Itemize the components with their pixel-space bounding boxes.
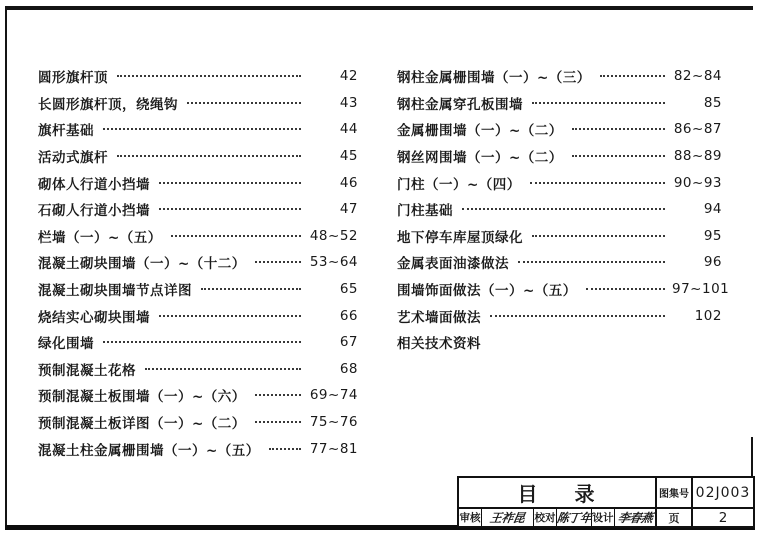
toc-entry-pages: 90~93: [672, 175, 722, 191]
toc-entry-title: 栏墙（一）~（五）: [38, 226, 162, 246]
toc-entry-pages: 77~81: [308, 441, 358, 457]
dot-leader: [255, 261, 301, 263]
toc-entry-pages: 53~64: [308, 254, 358, 270]
dot-leader: [171, 235, 301, 237]
atlas-number: 02J003: [693, 478, 753, 507]
toc-entry-title: 艺术墙面做法: [397, 306, 481, 326]
designer-signature: 李春燕: [615, 509, 657, 526]
dot-leader: [572, 128, 665, 130]
toc-entry: 钢柱金属栅围墙（一）~（三）82~84: [397, 63, 722, 90]
dot-leader: [117, 75, 301, 77]
toc-entry: 混凝土柱金属栅围墙（一）~（五）77~81: [38, 435, 358, 462]
toc-entry-pages: 94: [672, 201, 722, 217]
toc-entry: 相关技术资料: [397, 329, 722, 356]
toc-entry: 砌体人行道小挡墙46: [38, 169, 358, 196]
toc-entry-title: 砌体人行道小挡墙: [38, 173, 150, 193]
dot-leader: [255, 421, 301, 423]
toc-entry: 烧结实心砌块围墙66: [38, 302, 358, 329]
doc-title: 目 录: [459, 478, 657, 507]
toc-entry: 圆形旗杆顶42: [38, 63, 358, 90]
dot-leader: [159, 182, 301, 184]
reviewer-signature: 王祚昆: [482, 509, 534, 526]
checker-signature-text: 陈丁年: [556, 509, 593, 526]
toc-entry-title: 活动式旗杆: [38, 146, 108, 166]
dot-leader: [490, 315, 665, 317]
toc-entry-pages: 48~52: [308, 228, 358, 244]
atlas-number-label: 图集号: [657, 478, 693, 507]
toc-entry-title: 烧结实心砌块围墙: [38, 306, 150, 326]
toc-column-right: 钢柱金属栅围墙（一）~（三）82~84钢柱金属穿孔板围墙85金属栅围墙（一）~（…: [397, 63, 722, 356]
toc-entry-title: 钢丝网围墙（一）~（二）: [397, 146, 563, 166]
toc-entry-title: 围墙饰面做法（一）~（五）: [397, 279, 577, 299]
title-block-row-top: 目 录 图集号 02J003: [459, 478, 753, 509]
toc-entry-pages: 43: [308, 95, 358, 111]
toc-entry: 金属表面油漆做法96: [397, 249, 722, 276]
toc-entry-pages: 102: [672, 308, 722, 324]
toc-entry-pages: 85: [672, 95, 722, 111]
dot-leader: [103, 341, 301, 343]
toc-entry-title: 石砌人行道小挡墙: [38, 199, 150, 219]
checker-signature: 陈丁年: [557, 509, 592, 526]
toc-entry: 长圆形旗杆顶，绕绳钩43: [38, 90, 358, 117]
toc-entry-pages: 82~84: [672, 68, 722, 84]
toc-entry-pages: 42: [308, 68, 358, 84]
toc-entry: 钢柱金属穿孔板围墙85: [397, 90, 722, 117]
toc-entry-pages: 96: [672, 254, 722, 270]
toc-entry-title: 长圆形旗杆顶，绕绳钩: [38, 93, 178, 113]
designer-signature-text: 李春燕: [617, 509, 654, 526]
toc-entry-title: 旗杆基础: [38, 119, 94, 139]
toc-entry-title: 混凝土砌块围墙（一）~（十二）: [38, 252, 246, 272]
toc-entry: 预制混凝土板围墙（一）~（六）69~74: [38, 382, 358, 409]
toc-entry-title: 金属栅围墙（一）~（二）: [397, 119, 563, 139]
toc-entry-title: 钢柱金属穿孔板围墙: [397, 93, 523, 113]
toc-entry: 栏墙（一）~（五）48~52: [38, 223, 358, 250]
toc-entry-pages: 95: [672, 228, 722, 244]
page-border-top: [5, 6, 753, 10]
designer-label: 设计: [592, 509, 615, 526]
toc-entry-pages: 46: [308, 175, 358, 191]
drawing-sheet: 圆形旗杆顶42长圆形旗杆顶，绕绳钩43旗杆基础44活动式旗杆45砌体人行道小挡墙…: [0, 0, 764, 536]
toc-entry-pages: 86~87: [672, 121, 722, 137]
toc-entry-title: 混凝土柱金属栅围墙（一）~（五）: [38, 439, 260, 459]
page-number: 2: [693, 509, 753, 526]
toc-entry: 预制混凝土板详图（一）~（二）75~76: [38, 409, 358, 436]
toc-entry: 石砌人行道小挡墙47: [38, 196, 358, 223]
toc-entry-pages: 69~74: [308, 387, 358, 403]
toc-entry-pages: 44: [308, 121, 358, 137]
dot-leader: [462, 208, 665, 210]
toc-entry: 钢丝网围墙（一）~（二）88~89: [397, 143, 722, 170]
page-border-left: [5, 6, 7, 529]
toc-entry: 地下停车库屋顶绿化95: [397, 223, 722, 250]
dot-leader: [269, 448, 301, 450]
reviewer-signature-text: 王祚昆: [489, 509, 526, 526]
dot-leader: [103, 128, 301, 130]
toc-entry-title: 圆形旗杆顶: [38, 66, 108, 86]
checker-label: 校对: [534, 509, 557, 526]
toc-entry: 围墙饰面做法（一）~（五）97~101: [397, 276, 722, 303]
toc-entry-title: 绿化围墙: [38, 332, 94, 352]
toc-entry: 旗杆基础44: [38, 116, 358, 143]
toc-entry-pages: 67: [308, 334, 358, 350]
toc-entry-title: 地下停车库屋顶绿化: [397, 226, 523, 246]
dot-leader: [600, 75, 665, 77]
toc-entry-pages: 97~101: [672, 281, 722, 297]
title-block: 目 录 图集号 02J003 审核 王祚昆 校对 陈丁年 设计 李春燕 页 2: [457, 476, 755, 528]
toc-entry-pages: 65: [308, 281, 358, 297]
dot-leader: [532, 102, 665, 104]
dot-leader: [145, 368, 301, 370]
toc-entry-pages: 47: [308, 201, 358, 217]
toc-entry-pages: 75~76: [308, 414, 358, 430]
toc-entry-title: 金属表面油漆做法: [397, 252, 509, 272]
toc-entry: 金属栅围墙（一）~（二）86~87: [397, 116, 722, 143]
dot-leader: [255, 394, 301, 396]
dot-leader: [518, 261, 665, 263]
dot-leader: [159, 315, 301, 317]
toc-entry: 门柱（一）~（四）90~93: [397, 169, 722, 196]
page-border-right-segment: [751, 437, 753, 478]
dot-leader: [117, 155, 301, 157]
toc-entry: 艺术墙面做法102: [397, 302, 722, 329]
toc-entry-title: 预制混凝土板详图（一）~（二）: [38, 412, 246, 432]
toc-column-left: 圆形旗杆顶42长圆形旗杆顶，绕绳钩43旗杆基础44活动式旗杆45砌体人行道小挡墙…: [38, 63, 358, 462]
page-label: 页: [657, 509, 693, 526]
reviewer-label: 审核: [459, 509, 482, 526]
dot-leader: [159, 208, 301, 210]
dot-leader: [532, 235, 665, 237]
toc-entry-title: 门柱基础: [397, 199, 453, 219]
toc-entry: 绿化围墙67: [38, 329, 358, 356]
toc-entry-pages: 68: [308, 361, 358, 377]
toc-entry: 预制混凝土花格68: [38, 356, 358, 383]
toc-entry-title: 门柱（一）~（四）: [397, 173, 521, 193]
toc-entry-title: 预制混凝土板围墙（一）~（六）: [38, 385, 246, 405]
toc-entry-title: 钢柱金属栅围墙（一）~（三）: [397, 66, 591, 86]
dot-leader: [201, 288, 301, 290]
dot-leader: [586, 288, 665, 290]
toc-entry-pages: 66: [308, 308, 358, 324]
dot-leader: [572, 155, 665, 157]
toc-entry-title: 混凝土砌块围墙节点详图: [38, 279, 192, 299]
toc-entry-pages: 88~89: [672, 148, 722, 164]
toc-entry: 活动式旗杆45: [38, 143, 358, 170]
toc-entry-title: 相关技术资料: [397, 332, 481, 352]
toc-entry: 混凝土砌块围墙节点详图65: [38, 276, 358, 303]
toc-entry: 混凝土砌块围墙（一）~（十二）53~64: [38, 249, 358, 276]
toc-entry-title: 预制混凝土花格: [38, 359, 136, 379]
title-block-row-bottom: 审核 王祚昆 校对 陈丁年 设计 李春燕 页 2: [459, 509, 753, 526]
toc-entry-pages: 45: [308, 148, 358, 164]
dot-leader: [187, 102, 301, 104]
toc-entry: 门柱基础94: [397, 196, 722, 223]
dot-leader: [530, 182, 665, 184]
